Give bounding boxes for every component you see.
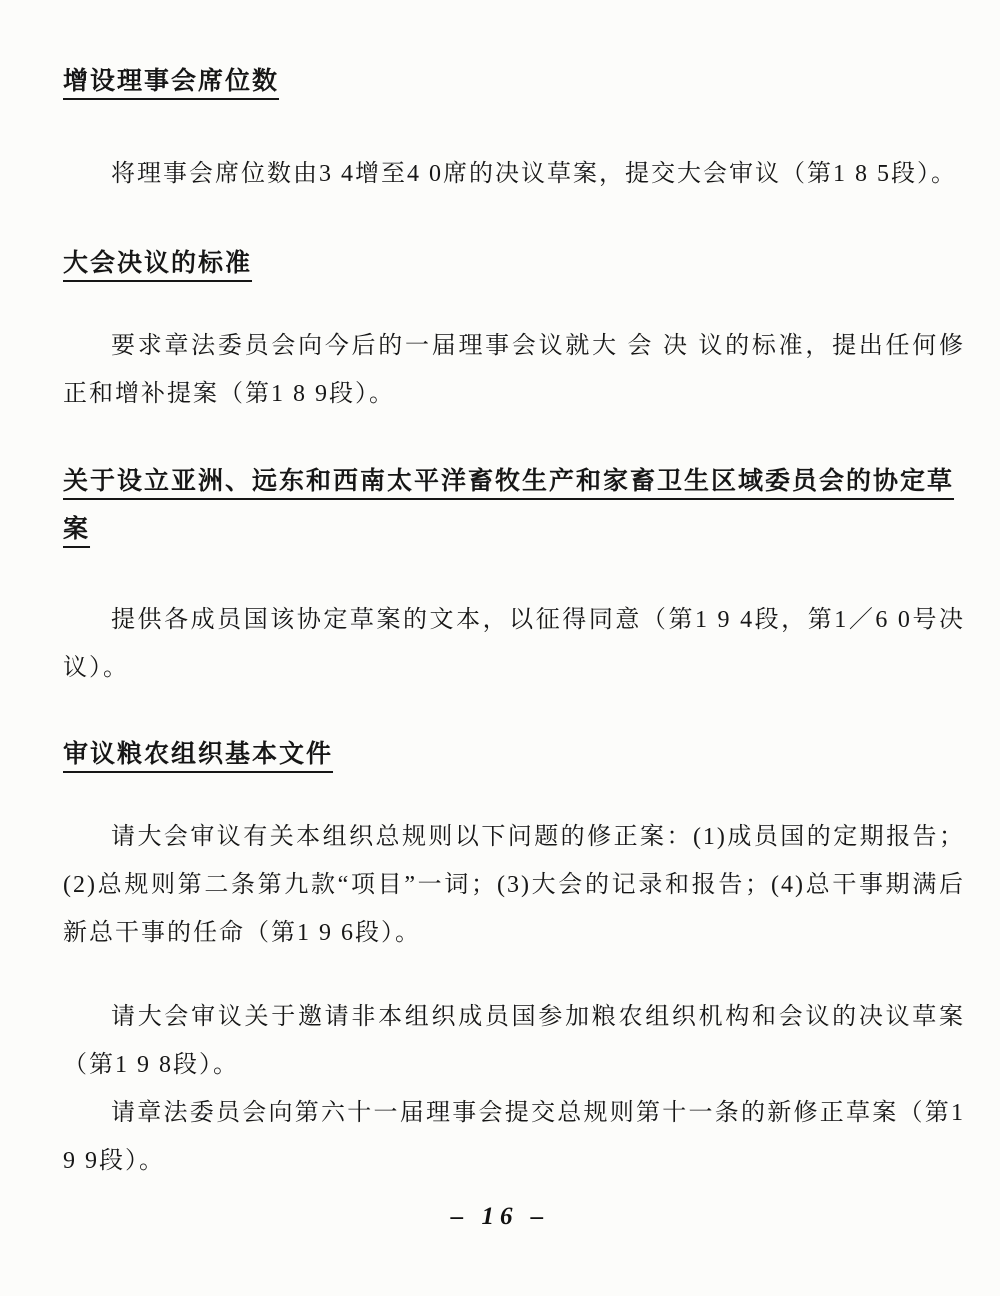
document-page: 增设理事会席位数 将理事会席位数由3 4增至4 0席的决议草案，提交大会审议（第…	[0, 0, 1000, 1296]
heading-conference-resolution-criteria: 大会决议的标准	[63, 240, 965, 288]
document-body: 增设理事会席位数 将理事会席位数由3 4增至4 0席的决议草案，提交大会审议（第…	[63, 58, 965, 1185]
heading-council-seats: 增设理事会席位数	[63, 58, 965, 106]
para-resolution-criteria: 要求章法委员会向今后的一届理事会议就大 会 决 议的标准，提出任何修正和增补提案…	[63, 322, 965, 418]
para-agreement-draft-text: 提供各成员国该协定草案的文本，以征得同意（第1 9 4段，第1／6 0号决议）。	[63, 596, 965, 692]
heading-regional-commission-agreement: 关于设立亚洲、远东和西南太平洋畜牧生产和家畜卫生区域委员会的协定草案	[63, 458, 965, 554]
para-rule-eleven-amendment: 请章法委员会向第六十一届理事会提交总规则第十一条的新修正草案（第1 9 9段）。	[63, 1089, 965, 1185]
para-council-seats-resolution: 将理事会席位数由3 4增至4 0席的决议草案，提交大会审议（第1 8 5段）。	[63, 150, 965, 198]
para-non-member-invitation: 请大会审议关于邀请非本组织成员国参加粮农组织机构和会议的决议草案（第1 9 8段…	[63, 993, 965, 1089]
para-general-rules-amendments: 请大会审议有关本组织总规则以下问题的修正案：(1)成员国的定期报告；(2)总规则…	[63, 813, 965, 957]
page-number: – 16 –	[0, 1203, 1000, 1231]
heading-basic-texts-review: 审议粮农组织基本文件	[63, 731, 965, 779]
